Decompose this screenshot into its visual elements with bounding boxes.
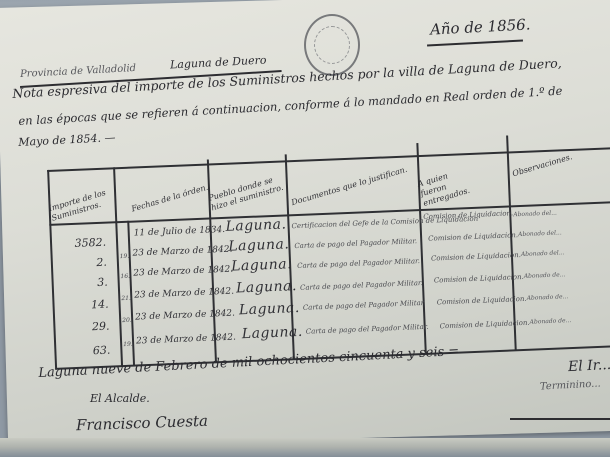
row2-ref: 19.: [120, 253, 130, 260]
row3-observation: Abonado del...: [521, 249, 565, 258]
header-order-date: Fechas de la órden.: [130, 183, 209, 214]
row5-document: Carta de pago del Pagador Militar.: [303, 299, 426, 312]
right-abbrev: El Ir...: [568, 357, 610, 375]
row3-amount: 3.: [57, 276, 107, 291]
page-edge-stack: [0, 438, 610, 457]
row6-observation: Abonado de...: [529, 317, 571, 326]
row6-document: Carta de pago del Pagador Militar.: [306, 323, 429, 336]
row6-date: 23 de Marzo de 1842.: [136, 333, 236, 347]
header-recipient: A quien fueron entregados.: [417, 163, 483, 209]
row2-amount: 2.: [57, 256, 107, 271]
row5-date: 23 de Marzo de 1842.: [135, 309, 235, 323]
row3-place: Laguna.: [231, 256, 293, 274]
row2-place: Laguna.: [228, 236, 290, 254]
row1-place: Laguna.: [225, 216, 287, 234]
row6-amount: 63.: [60, 344, 110, 359]
header-amount: Importe de los Suministros.: [48, 185, 121, 224]
row4-date: 23 de Marzo de 1842.: [134, 287, 234, 301]
row2-document: Carta de pago del Pagador Militar.: [294, 237, 417, 250]
row5-observation: Abonado de...: [527, 293, 569, 302]
row4-document: Carta de pago del Pagador Militar.: [300, 279, 423, 292]
row3-document: Carta de pago del Pagador Militar.: [297, 257, 420, 270]
row3-ref: 16.: [120, 273, 130, 280]
row2-date: 23 de Marzo de 1842.: [132, 245, 232, 259]
row4-observation: Abonado de...: [524, 271, 566, 280]
row1-observation: Abonado del...: [513, 210, 557, 219]
row4-place: Laguna.: [236, 278, 298, 296]
stamp-seal-icon: [314, 26, 350, 64]
supplies-table: Importe de los Suministros. Fechas de la…: [46, 119, 610, 370]
right-rule: [510, 418, 610, 420]
row4-ref: 21.: [121, 295, 131, 302]
header-place: Pueblo donde se hizo el suministro.: [207, 172, 289, 214]
row5-place: Laguna.: [239, 300, 301, 318]
mayor-title: El Alcalde.: [90, 392, 150, 405]
row2-observation: Abonado del...: [518, 229, 562, 238]
row3-recipient: Comision de Liquidacion.: [431, 251, 521, 263]
row3-date: 23 de Marzo de 1842.: [133, 265, 233, 279]
header-observations: Observaciones.: [511, 152, 573, 178]
row1-date: 11 de Julio de 1834.: [134, 225, 226, 239]
row6-ref: 19.: [123, 341, 133, 348]
row2-recipient: Comision de Liquidacion.: [428, 231, 518, 243]
row4-amount: 14.: [58, 298, 108, 313]
row6-recipient: Comision de Liquidacion.: [440, 319, 530, 331]
row4-recipient: Comision de Liquidacion.: [434, 273, 524, 285]
row5-amount: 29.: [59, 320, 109, 335]
row1-amount: 3582.: [56, 236, 106, 251]
row5-ref: 20.: [122, 317, 132, 324]
row6-place: Laguna.: [242, 324, 304, 342]
header-documents: Documentos que lo justifican.: [290, 165, 408, 207]
